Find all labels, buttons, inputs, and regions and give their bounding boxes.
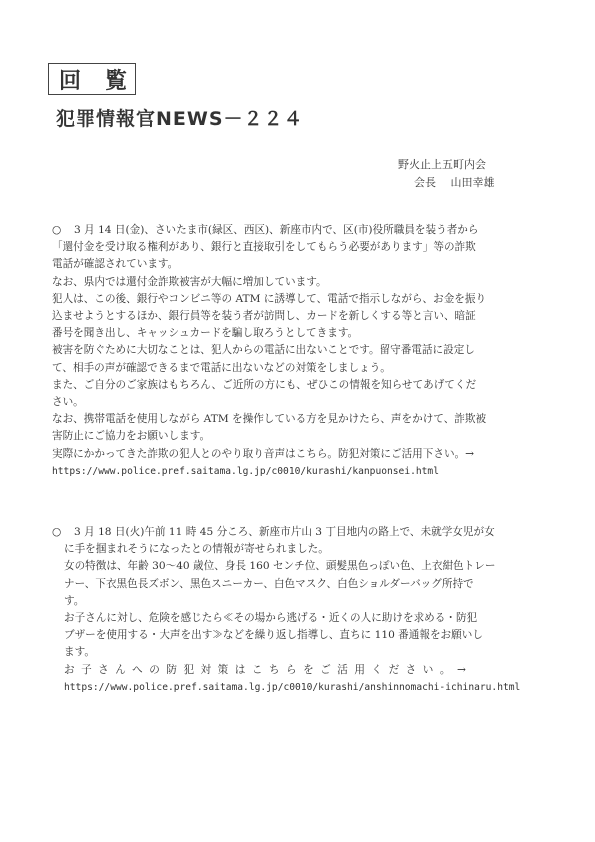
child-safety-link[interactable]: https://www.police.pref.saitama.lg.jp/c0… bbox=[64, 682, 520, 693]
notice-line: ○3 月 18 日(火)午前 11 時 45 分ころ、新座市片山 3 丁目地内の… bbox=[52, 524, 572, 541]
sender-block: 野火止上五町内会 会長 山田幸雄 bbox=[398, 156, 495, 192]
sender-name: 山田幸雄 bbox=[451, 176, 495, 189]
sender-role: 会長 bbox=[414, 176, 436, 189]
notice-line: 番号を聞き出し、キャッシュカードを騙し取ろうとしてきます。 bbox=[52, 325, 572, 342]
notice-line: なお、県内では還付金詐欺被害が大幅に増加しています。 bbox=[52, 274, 572, 291]
notice-line: て、相手の声が確認できるまで電話に出ないなどの対策をしましょう。 bbox=[52, 360, 572, 377]
circulate-label-ran: 覧 bbox=[105, 64, 127, 95]
audio-sample-link[interactable]: https://www.police.pref.saitama.lg.jp/c0… bbox=[52, 466, 439, 477]
notice-line: なお、携帯電話を使用しながら ATM を操作している方を見かけたら、声をかけて、… bbox=[52, 411, 572, 428]
sender-name-line: 会長 山田幸雄 bbox=[398, 174, 495, 192]
notice-line: お子さんに対し、危険を感じたら≪その場から逃げる・近くの人に助けを求める・防犯 bbox=[52, 610, 572, 627]
notice-line: また、ご自分のご家族はもちろん、ご近所の方にも、ぜひこの情報を知らせてあげてくだ bbox=[52, 377, 572, 394]
notice-line: 犯人は、この後、銀行やコンビニ等の ATM に誘導して、電話で指示しながら、お金… bbox=[52, 291, 572, 308]
circle-bullet-icon: ○ bbox=[52, 524, 74, 541]
notice-line: ブザーを使用する・大声を出す≫などを繰り返し指導し、直ちに 110 番通報をお願… bbox=[52, 627, 572, 644]
document-title: 犯罪情報官NEWS－２２４ bbox=[56, 104, 304, 131]
sender-organization: 野火止上五町内会 bbox=[398, 156, 495, 174]
url-line: https://www.police.pref.saitama.lg.jp/c0… bbox=[52, 463, 572, 480]
notice-line: す。 bbox=[52, 593, 572, 610]
notice-line: 「還付金を受け取る権利があり、銀行と直接取引をしてもらう必要があります」等の詐欺 bbox=[52, 239, 572, 256]
notice-line: ○3 月 14 日(金)、さいたま市(緑区、西区)、新座市内で、区(市)役所職員… bbox=[52, 222, 572, 239]
notice-line: ナー、下衣黒色長ズボン、黒色スニーカー、白色マスク、白色ショルダーバッグ所持で bbox=[52, 576, 572, 593]
notice-line: さい。 bbox=[52, 394, 572, 411]
notice-section-1: ○3 月 14 日(金)、さいたま市(緑区、西区)、新座市内で、区(市)役所職員… bbox=[52, 222, 572, 480]
notice-line: 女の特徴は、年齢 30～40 歳位、身長 160 センチ位、頭髪黒色っぽい色、上… bbox=[52, 558, 572, 575]
notice-section-2: ○3 月 18 日(火)午前 11 時 45 分ころ、新座市片山 3 丁目地内の… bbox=[52, 524, 572, 696]
notice-line: ます。 bbox=[52, 644, 572, 661]
notice-line: 込ませようとするほか、銀行員等を装う者が訪問し、カードを新しくする等と言い、暗証 bbox=[52, 308, 572, 325]
notice-line: 被害を防ぐために大切なことは、犯人からの電話に出ないことです。留守番電話に設定し bbox=[52, 342, 572, 359]
notice-line: 電話が確認されています。 bbox=[52, 256, 572, 273]
notice-line: に手を掴まれそうになったとの情報が寄せられました。 bbox=[52, 541, 572, 558]
notice-line: 害防止にご協力をお願いします。 bbox=[52, 428, 572, 445]
circle-bullet-icon: ○ bbox=[52, 222, 74, 239]
circulate-stamp-box: 回 覧 bbox=[48, 63, 136, 95]
url-line: https://www.police.pref.saitama.lg.jp/c0… bbox=[52, 679, 572, 696]
circulate-label-kai: 回 bbox=[59, 64, 81, 95]
notice-line: お子さんへの防犯対策はこちらをご活用ください。→ bbox=[52, 662, 572, 679]
notice-line: 実際にかかってきた詐欺の犯人とのやり取り音声はこちら。防犯対策にご活用下さい。→ bbox=[52, 446, 572, 463]
